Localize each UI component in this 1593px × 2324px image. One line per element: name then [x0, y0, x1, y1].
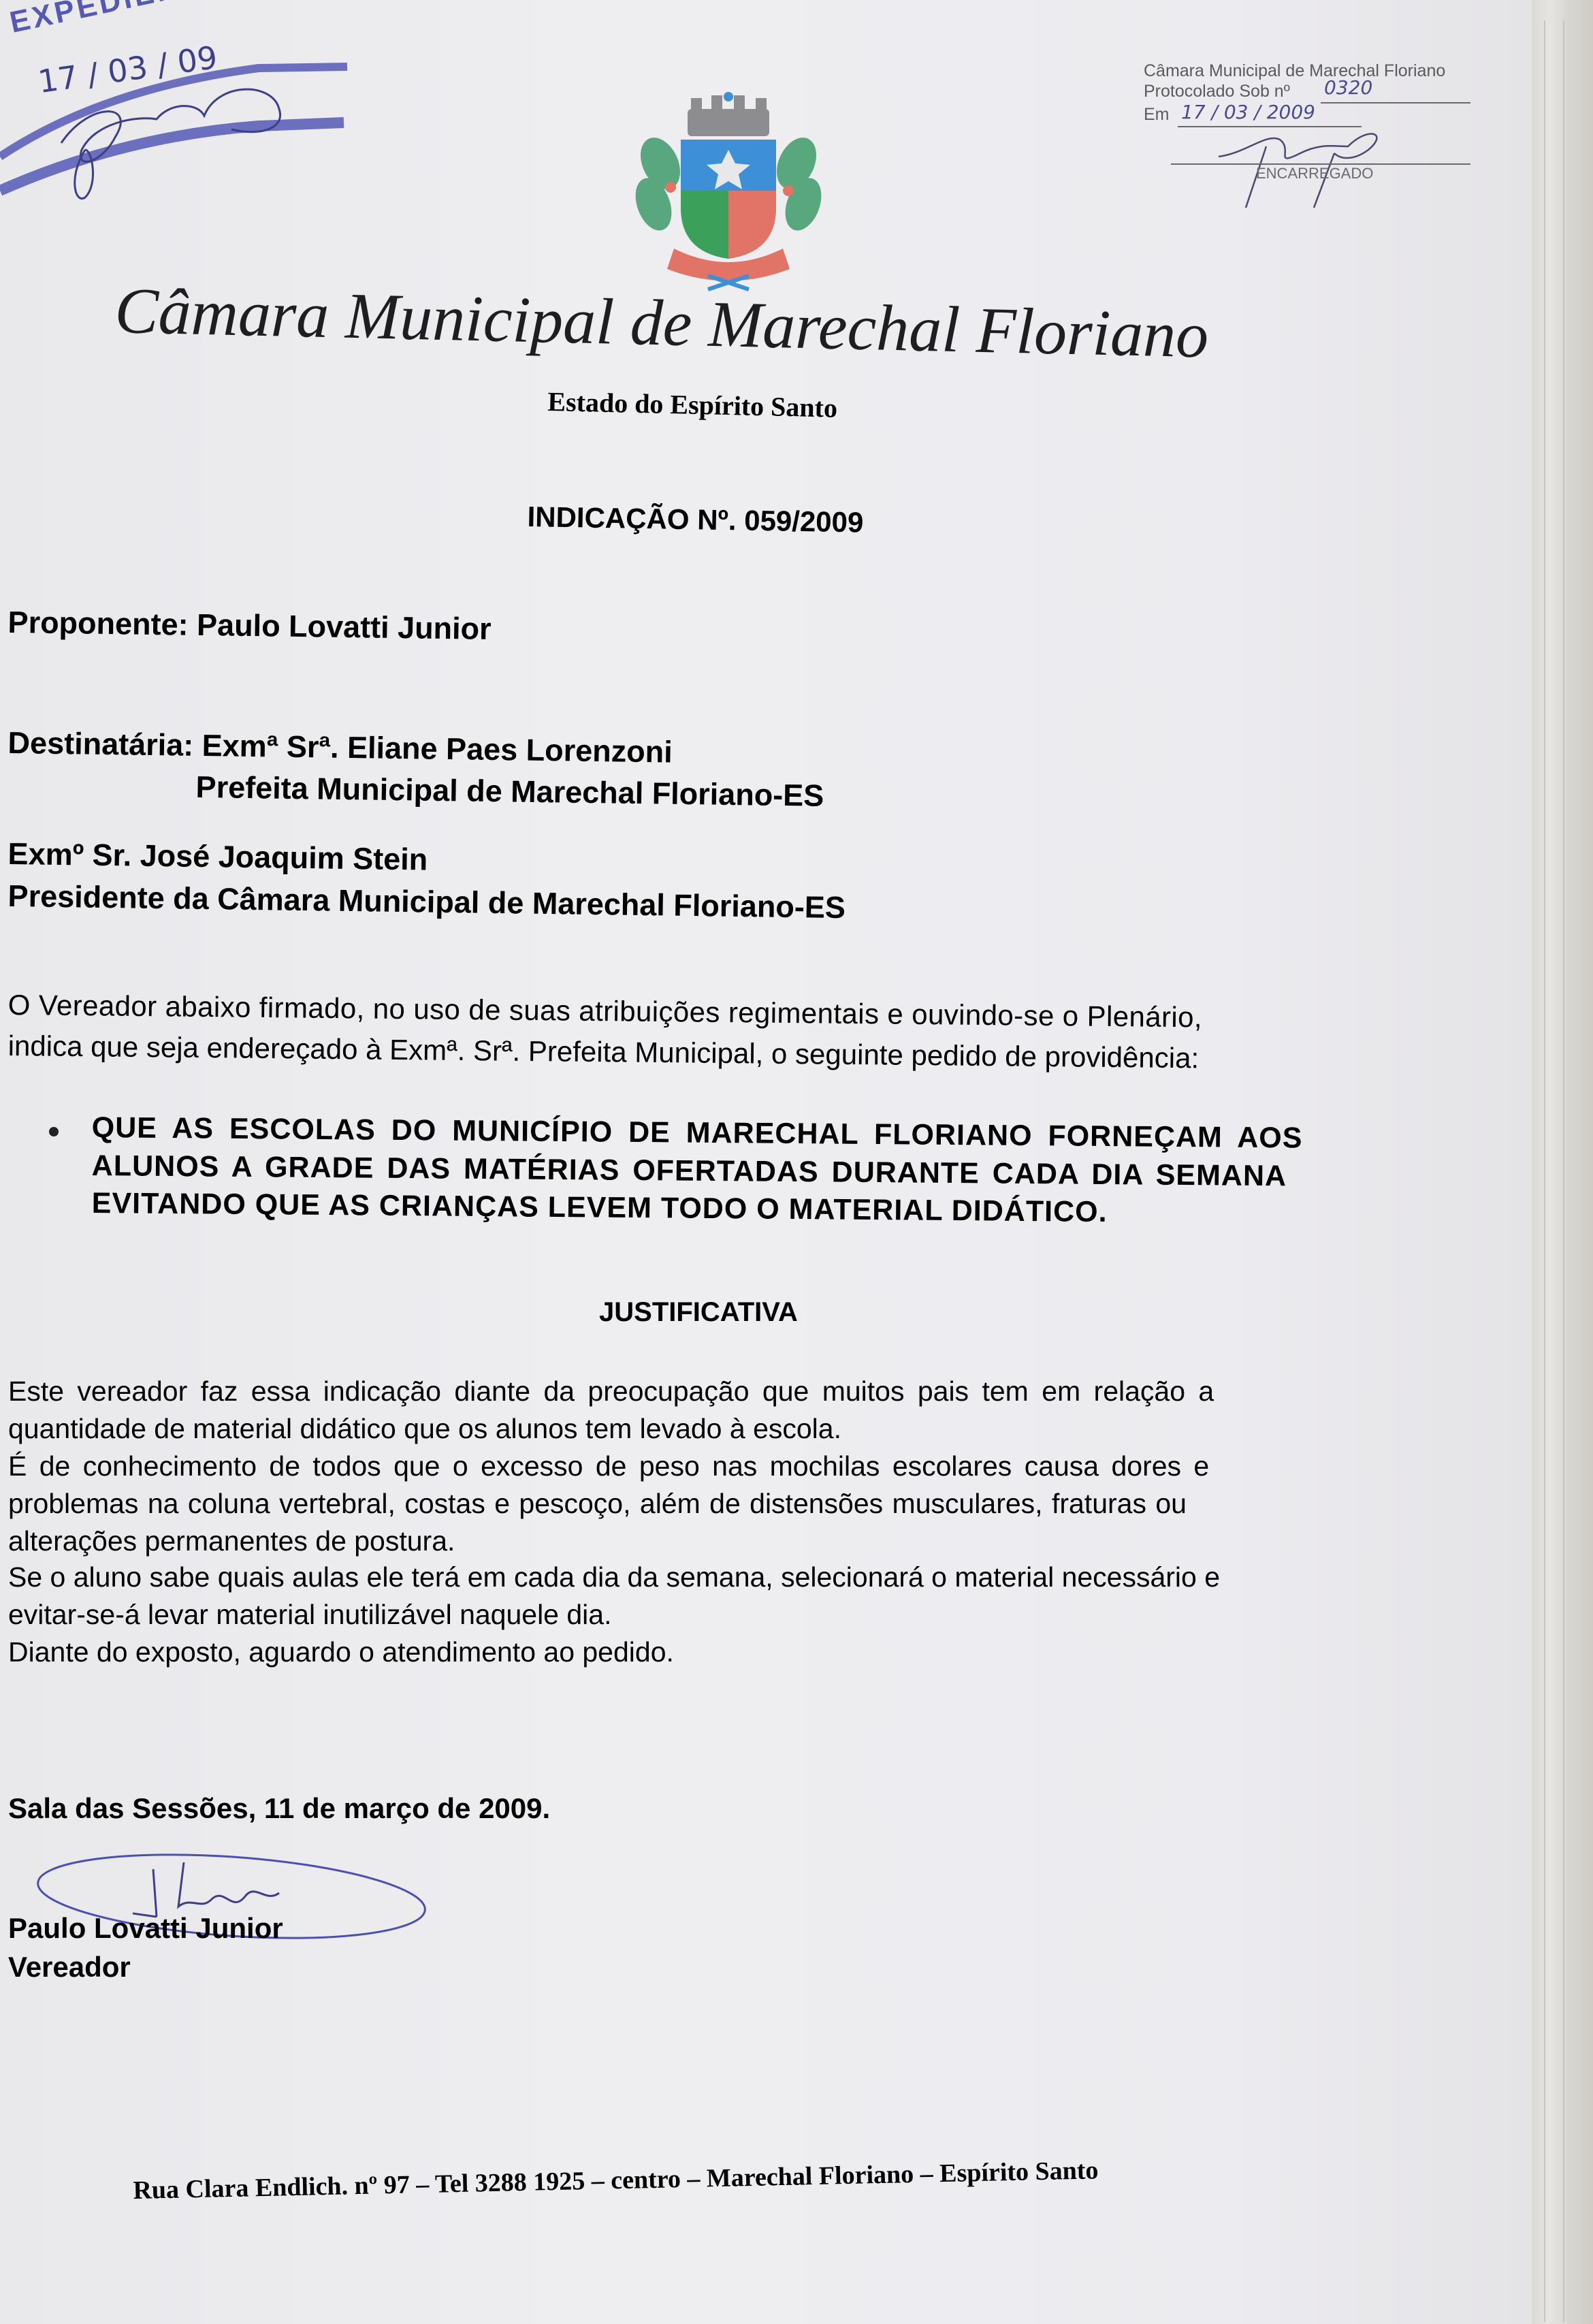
protocol-number-label: Protocolado Sob nº [1144, 82, 1290, 101]
request-line: QUE AS ESCOLAS DO MUNICÍPIO DE MARECHAL … [92, 1111, 1303, 1156]
request-line: ALUNOS A GRADE DAS MATÉRIAS OFERTADAS DU… [92, 1149, 1287, 1193]
proponente-label: Proponente: [7, 605, 189, 642]
destinataria-line: Destinatária: Exmª Srª. Eliane Paes Lore… [7, 725, 673, 770]
justification-line: É de conhecimento de todos que o excesso… [8, 1450, 1209, 1482]
stamp-signature-icon [0, 0, 381, 225]
bullet-icon [49, 1127, 59, 1136]
state-subtitle: Estado do Espírito Santo [547, 385, 838, 424]
justification-heading: JUSTIFICATIVA [599, 1297, 798, 1328]
signer-role: Vereador [8, 1951, 131, 1984]
intro-line: O Vereador abaixo firmado, no uso de sua… [7, 989, 1202, 1034]
expediente-stamp: EXPEDIENTE DO DIA 17 / 03 / 09 [0, 0, 381, 225]
signer-name: Paulo Lovatti Junior [8, 1912, 283, 1945]
proponente-line: Proponente: Paulo Lovatti Junior [7, 605, 492, 647]
footer-address: Rua Clara Endlich. nº 97 – Tel 3288 1925… [133, 2155, 1099, 2206]
page-edge-line [1544, 20, 1545, 2322]
protocol-role: ENCARREGADO [1256, 165, 1373, 182]
page-stack-edge [1532, 0, 1593, 2324]
page-edge-line [1563, 20, 1564, 2322]
protocol-number-value: 0320 [1324, 76, 1372, 99]
protocol-date-value: 17 / 03 / 2009 [1181, 101, 1315, 123]
proponente-value: Paulo Lovatti Junior [197, 607, 492, 646]
destinataria-name: Exmª Srª. Eliane Paes Lorenzoni [202, 728, 673, 769]
protocol-rule [1321, 102, 1470, 104]
justification-line: Este vereador faz essa indicação diante … [8, 1375, 1214, 1407]
intro-line: indica que seja endereçado à Exmª. Srª. … [7, 1030, 1199, 1075]
justification-line: Se o aluno sabe quais aulas ele terá em … [8, 1561, 1220, 1593]
protocol-chamber: Câmara Municipal de Marechal Floriano [1144, 61, 1445, 81]
second-recipient-role: Presidente da Câmara Municipal de Marech… [7, 878, 846, 925]
protocol-date-label: Em [1144, 105, 1170, 125]
protocol-stamp: Câmara Municipal de Marechal Floriano Pr… [1144, 61, 1498, 218]
closing-place-date: Sala das Sessões, 11 de março de 2009. [8, 1792, 550, 1825]
justification-line: alterações permanentes de postura. [8, 1525, 455, 1557]
justification-line: Diante do exposto, aguardo o atendimento… [8, 1636, 674, 1668]
request-line: EVITANDO QUE AS CRIANÇAS LEVEM TODO O MA… [92, 1187, 1108, 1229]
chamber-title: Câmara Municipal de Marechal Floriano [114, 272, 1209, 372]
coat-of-arms-icon [633, 89, 824, 293]
justification-line: quantidade de material didático que os a… [8, 1413, 841, 1445]
document-page: EXPEDIENTE DO DIA 17 / 03 / 09 Câmara Mu… [0, 0, 1532, 2324]
second-recipient-name: Exmº Sr. José Joaquim Stein [7, 836, 428, 878]
justification-line: problemas na coluna vertebral, costas e … [8, 1488, 1187, 1520]
justification-line: evitar-se-á levar material inutilizável … [8, 1599, 612, 1631]
indication-number: INDICAÇÃO Nº. 059/2009 [527, 500, 864, 539]
destinataria-label: Destinatária: [7, 725, 193, 763]
destinataria-role: Prefeita Municipal de Marechal Floriano-… [195, 769, 824, 814]
